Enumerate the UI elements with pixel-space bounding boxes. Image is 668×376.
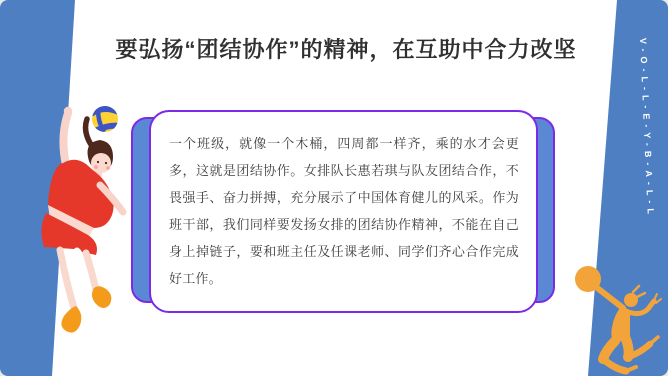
volleyball-spiker-silhouette-icon <box>560 253 668 376</box>
volleyball-player-illustration <box>30 95 160 345</box>
slide-title: 要弘扬“团结协作”的精神，在互助中合力改坚 <box>75 33 617 64</box>
side-banner-volleyball-text: V-O-L-L-E-Y-B-A-L-L <box>638 38 656 219</box>
presentation-slide: 要弘扬“团结协作”的精神，在互助中合力改坚 一个班级，就像一个木桶，四周都一样齐… <box>0 0 668 376</box>
content-text: 一个班级，就像一个木桶，四周都一样齐，乘的水才会更多，这就是团结协作。女排队长惠… <box>151 112 536 292</box>
content-textbox: 一个班级，就像一个木桶，四周都一样齐，乘的水才会更多，这就是团结协作。女排队长惠… <box>149 110 538 313</box>
volleyball-icon <box>91 104 120 132</box>
